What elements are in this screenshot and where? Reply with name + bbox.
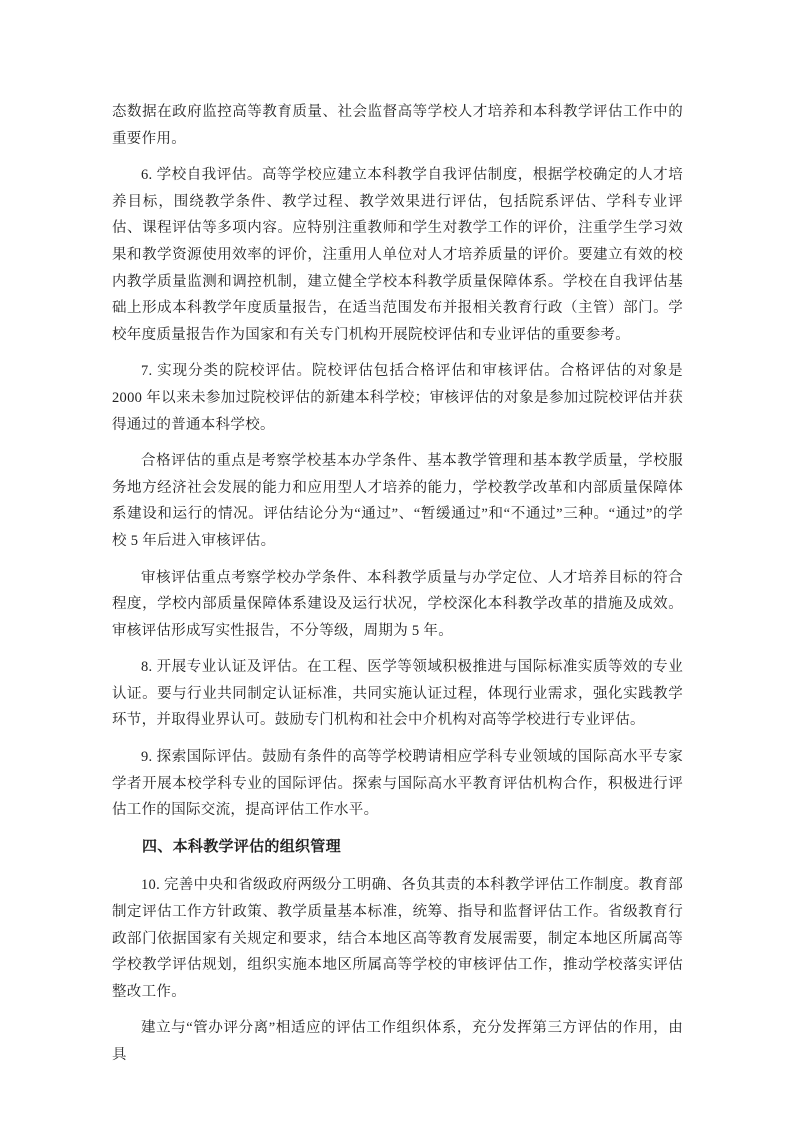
document-body: 态数据在政府监控高等教育质量、社会监督高等学校人才培养和本科教学评估工作中的重要… <box>112 99 683 1069</box>
paragraph: 8. 开展专业认证及评估。在工程、医学等领域积极推进与国际标准实质等效的专业认证… <box>112 654 683 734</box>
paragraph: 9. 探索国际评估。鼓励有条件的高等学校聘请相应学科专业领域的国际高水平专家学者… <box>112 744 683 824</box>
paragraph: 建立与“管办评分离”相适应的评估工作组织体系，充分发挥第三方评估的作用，由具 <box>112 1015 683 1068</box>
paragraph: 10. 完善中央和省级政府两级分工明确、各负其责的本科教学评估工作制度。教育部制… <box>112 872 683 1005</box>
paragraph: 6. 学校自我评估。高等学校应建立本科教学自我评估制度，根据学校确定的人才培养目… <box>112 162 683 348</box>
paragraph: 7. 实现分类的院校评估。院校评估包括合格评估和审核评估。合格评估的对象是 20… <box>112 358 683 438</box>
paragraph: 合格评估的重点是考察学校基本办学条件、基本教学管理和基本教学质量，学校服务地方经… <box>112 448 683 554</box>
paragraph: 态数据在政府监控高等教育质量、社会监督高等学校人才培养和本科教学评估工作中的重要… <box>112 99 683 152</box>
section-heading: 四、本科教学评估的组织管理 <box>112 834 683 861</box>
paragraph: 审核评估重点考察学校办学条件、本科教学质量与办学定位、人才培养目标的符合程度，学… <box>112 565 683 645</box>
document-page: 态数据在政府监控高等教育质量、社会监督高等学校人才培养和本科教学评估工作中的重要… <box>0 0 793 1122</box>
